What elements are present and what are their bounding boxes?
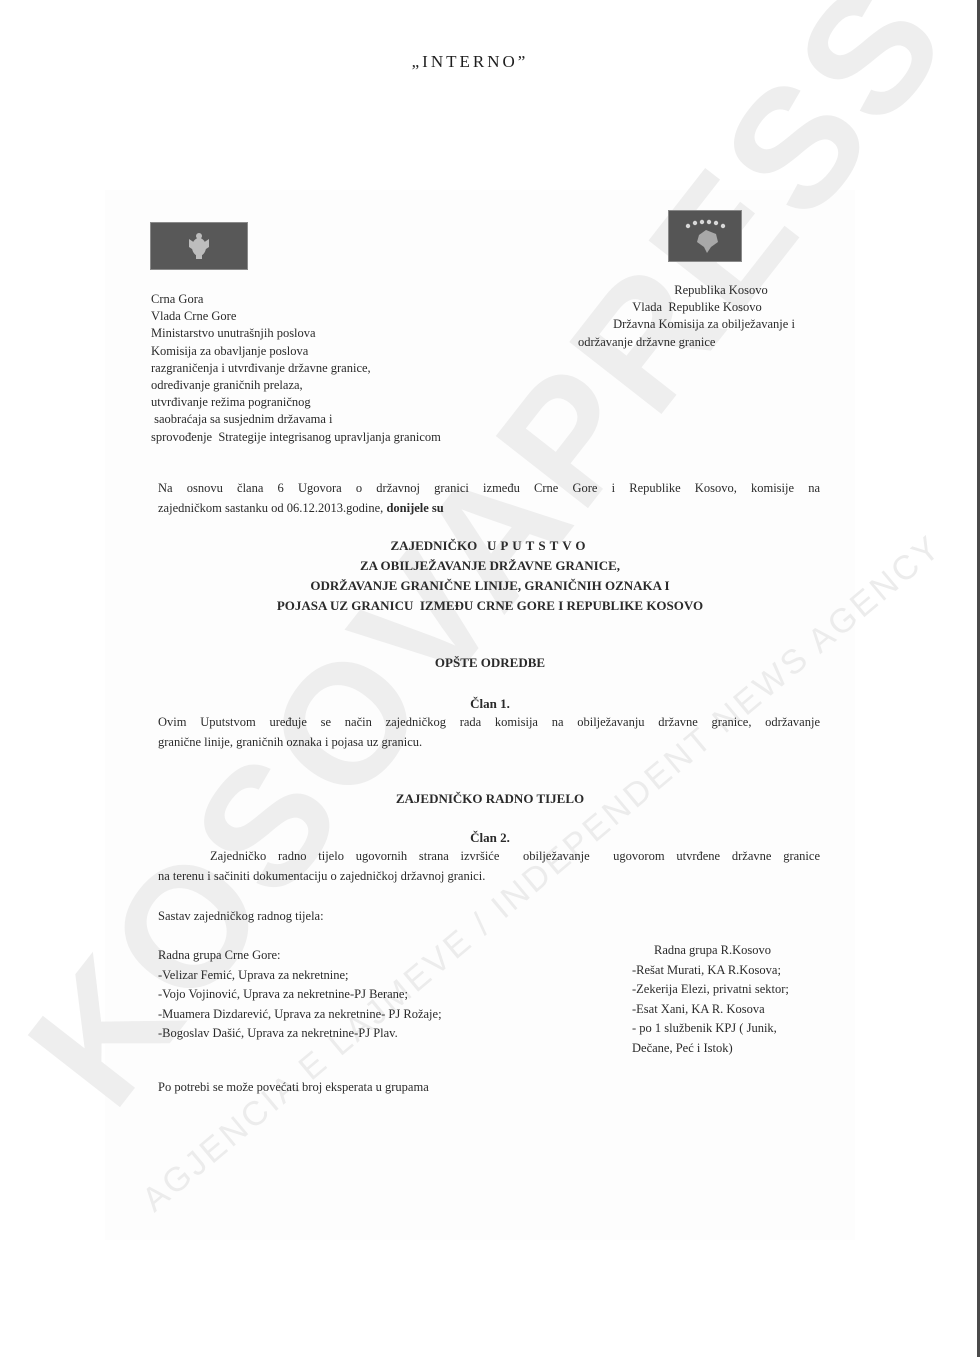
- montenegro-authority-header: Crna Gora Vlada Crne Gore Ministarstvo u…: [151, 291, 441, 446]
- group-title: Radna grupa Crne Gore:: [158, 946, 442, 966]
- header-line: održavanje državne granice: [560, 334, 820, 351]
- group-member: - po 1 službenik KPJ ( Junik,: [632, 1019, 789, 1039]
- group-member: -Bogoslav Dašić, Uprava za nekretnine-PJ…: [158, 1024, 442, 1044]
- header-line: Komisija za obavljanje poslova: [151, 343, 441, 360]
- header-line: saobraćaja sa susjednim državama i: [151, 411, 441, 428]
- title-line-1: ZAJEDNIČKO UPUTSTVO: [160, 536, 820, 556]
- title-line-2: ZA OBILJEŽAVANJE DRŽAVNE GRANICE,: [160, 556, 820, 576]
- article-2-line-2: na terenu i sačiniti dokumentaciju o zaj…: [158, 869, 485, 883]
- intro-line-2-bold: donijele su: [386, 501, 443, 515]
- article-1-line-2: granične linije, graničnih oznaka i poja…: [158, 735, 422, 749]
- intro-paragraph: Na osnovu člana 6 Ugovora o državnoj gra…: [158, 478, 820, 518]
- montenegro-working-group: Radna grupa Crne Gore: -Velizar Femić, U…: [158, 946, 442, 1044]
- group-member: -Vojo Vojinović, Uprava za nekretnine-PJ…: [158, 985, 442, 1005]
- composition-label: Sastav zajedničkog radnog tijela:: [158, 906, 820, 926]
- header-line: Republika Kosovo: [560, 282, 820, 299]
- title-word-zajednicko: ZAJEDNIČKO: [391, 538, 478, 553]
- title-line-3: ODRŽAVANJE GRANIČNE LINIJE, GRANIČNIH OZ…: [160, 576, 820, 596]
- header-line: Crna Gora: [151, 291, 441, 308]
- document-title: ZAJEDNIČKO UPUTSTVO ZA OBILJEŽAVANJE DRŽ…: [160, 536, 820, 616]
- group-member: -Muamera Dizdarević, Uprava za nekretnin…: [158, 1005, 442, 1025]
- article-1-line-1: Ovim Uputstvom uređuje se način zajednič…: [158, 712, 820, 732]
- group-member: Dečane, Peć i Istok): [632, 1039, 789, 1059]
- montenegro-flag-icon: [150, 222, 248, 270]
- group-member: -Rešat Murati, KA R.Kosova;: [632, 961, 789, 981]
- header-line: Vlada Crne Gore: [151, 308, 441, 325]
- kosovo-flag-icon: [668, 210, 742, 262]
- article-2-heading: Član 2.: [160, 829, 820, 846]
- section-heading-working-body: ZAJEDNIČKO RADNO TIJELO: [160, 790, 820, 807]
- group-title: Radna grupa R.Kosovo: [632, 941, 789, 961]
- header-line: određivanje graničnih prelaza,: [151, 377, 441, 394]
- classification-label: „INTERNO”: [0, 52, 940, 72]
- article-2-line-1: Zajedničko radno tijelo ugovornih strana…: [158, 846, 820, 866]
- article-1-body: Ovim Uputstvom uređuje se način zajednič…: [158, 712, 820, 752]
- article-1-heading: Član 1.: [160, 695, 820, 712]
- kosovo-working-group: Radna grupa R.Kosovo -Rešat Murati, KA R…: [632, 941, 789, 1058]
- header-line: Ministarstvo unutrašnjih poslova: [151, 325, 441, 342]
- header-line: utvrđivanje režima pograničnog: [151, 394, 441, 411]
- section-heading-general: OPŠTE ODREDBE: [160, 654, 820, 671]
- closing-note: Po potrebi se može povećati broj ekspera…: [158, 1077, 820, 1097]
- group-member: -Esat Xani, KA R. Kosova: [632, 1000, 789, 1020]
- article-2-body: Zajedničko radno tijelo ugovornih strana…: [158, 846, 820, 886]
- kosovo-authority-header: Republika Kosovo Vlada Republike Kosovo …: [560, 282, 820, 351]
- group-member: -Velizar Femić, Uprava za nekretnine;: [158, 966, 442, 986]
- header-line: Vlada Republike Kosovo: [560, 299, 820, 316]
- header-line: razgraničenja i utvrđivanje državne gran…: [151, 360, 441, 377]
- group-member: -Zekerija Elezi, privatni sektor;: [632, 980, 789, 1000]
- header-line: sprovođenje Strategije integrisanog upra…: [151, 429, 441, 446]
- header-line: Državna Komisija za obilježavanje i: [560, 316, 820, 333]
- title-word-uputstvo: UPUTSTVO: [487, 538, 590, 553]
- intro-line-2: zajedničkom sastanku od 06.12.2013.godin…: [158, 501, 386, 515]
- title-line-4: POJASA UZ GRANICU IZMEĐU CRNE GORE I REP…: [160, 596, 820, 616]
- document-page: „INTERNO”: [0, 0, 980, 1357]
- intro-line-1: Na osnovu člana 6 Ugovora o državnoj gra…: [158, 478, 820, 498]
